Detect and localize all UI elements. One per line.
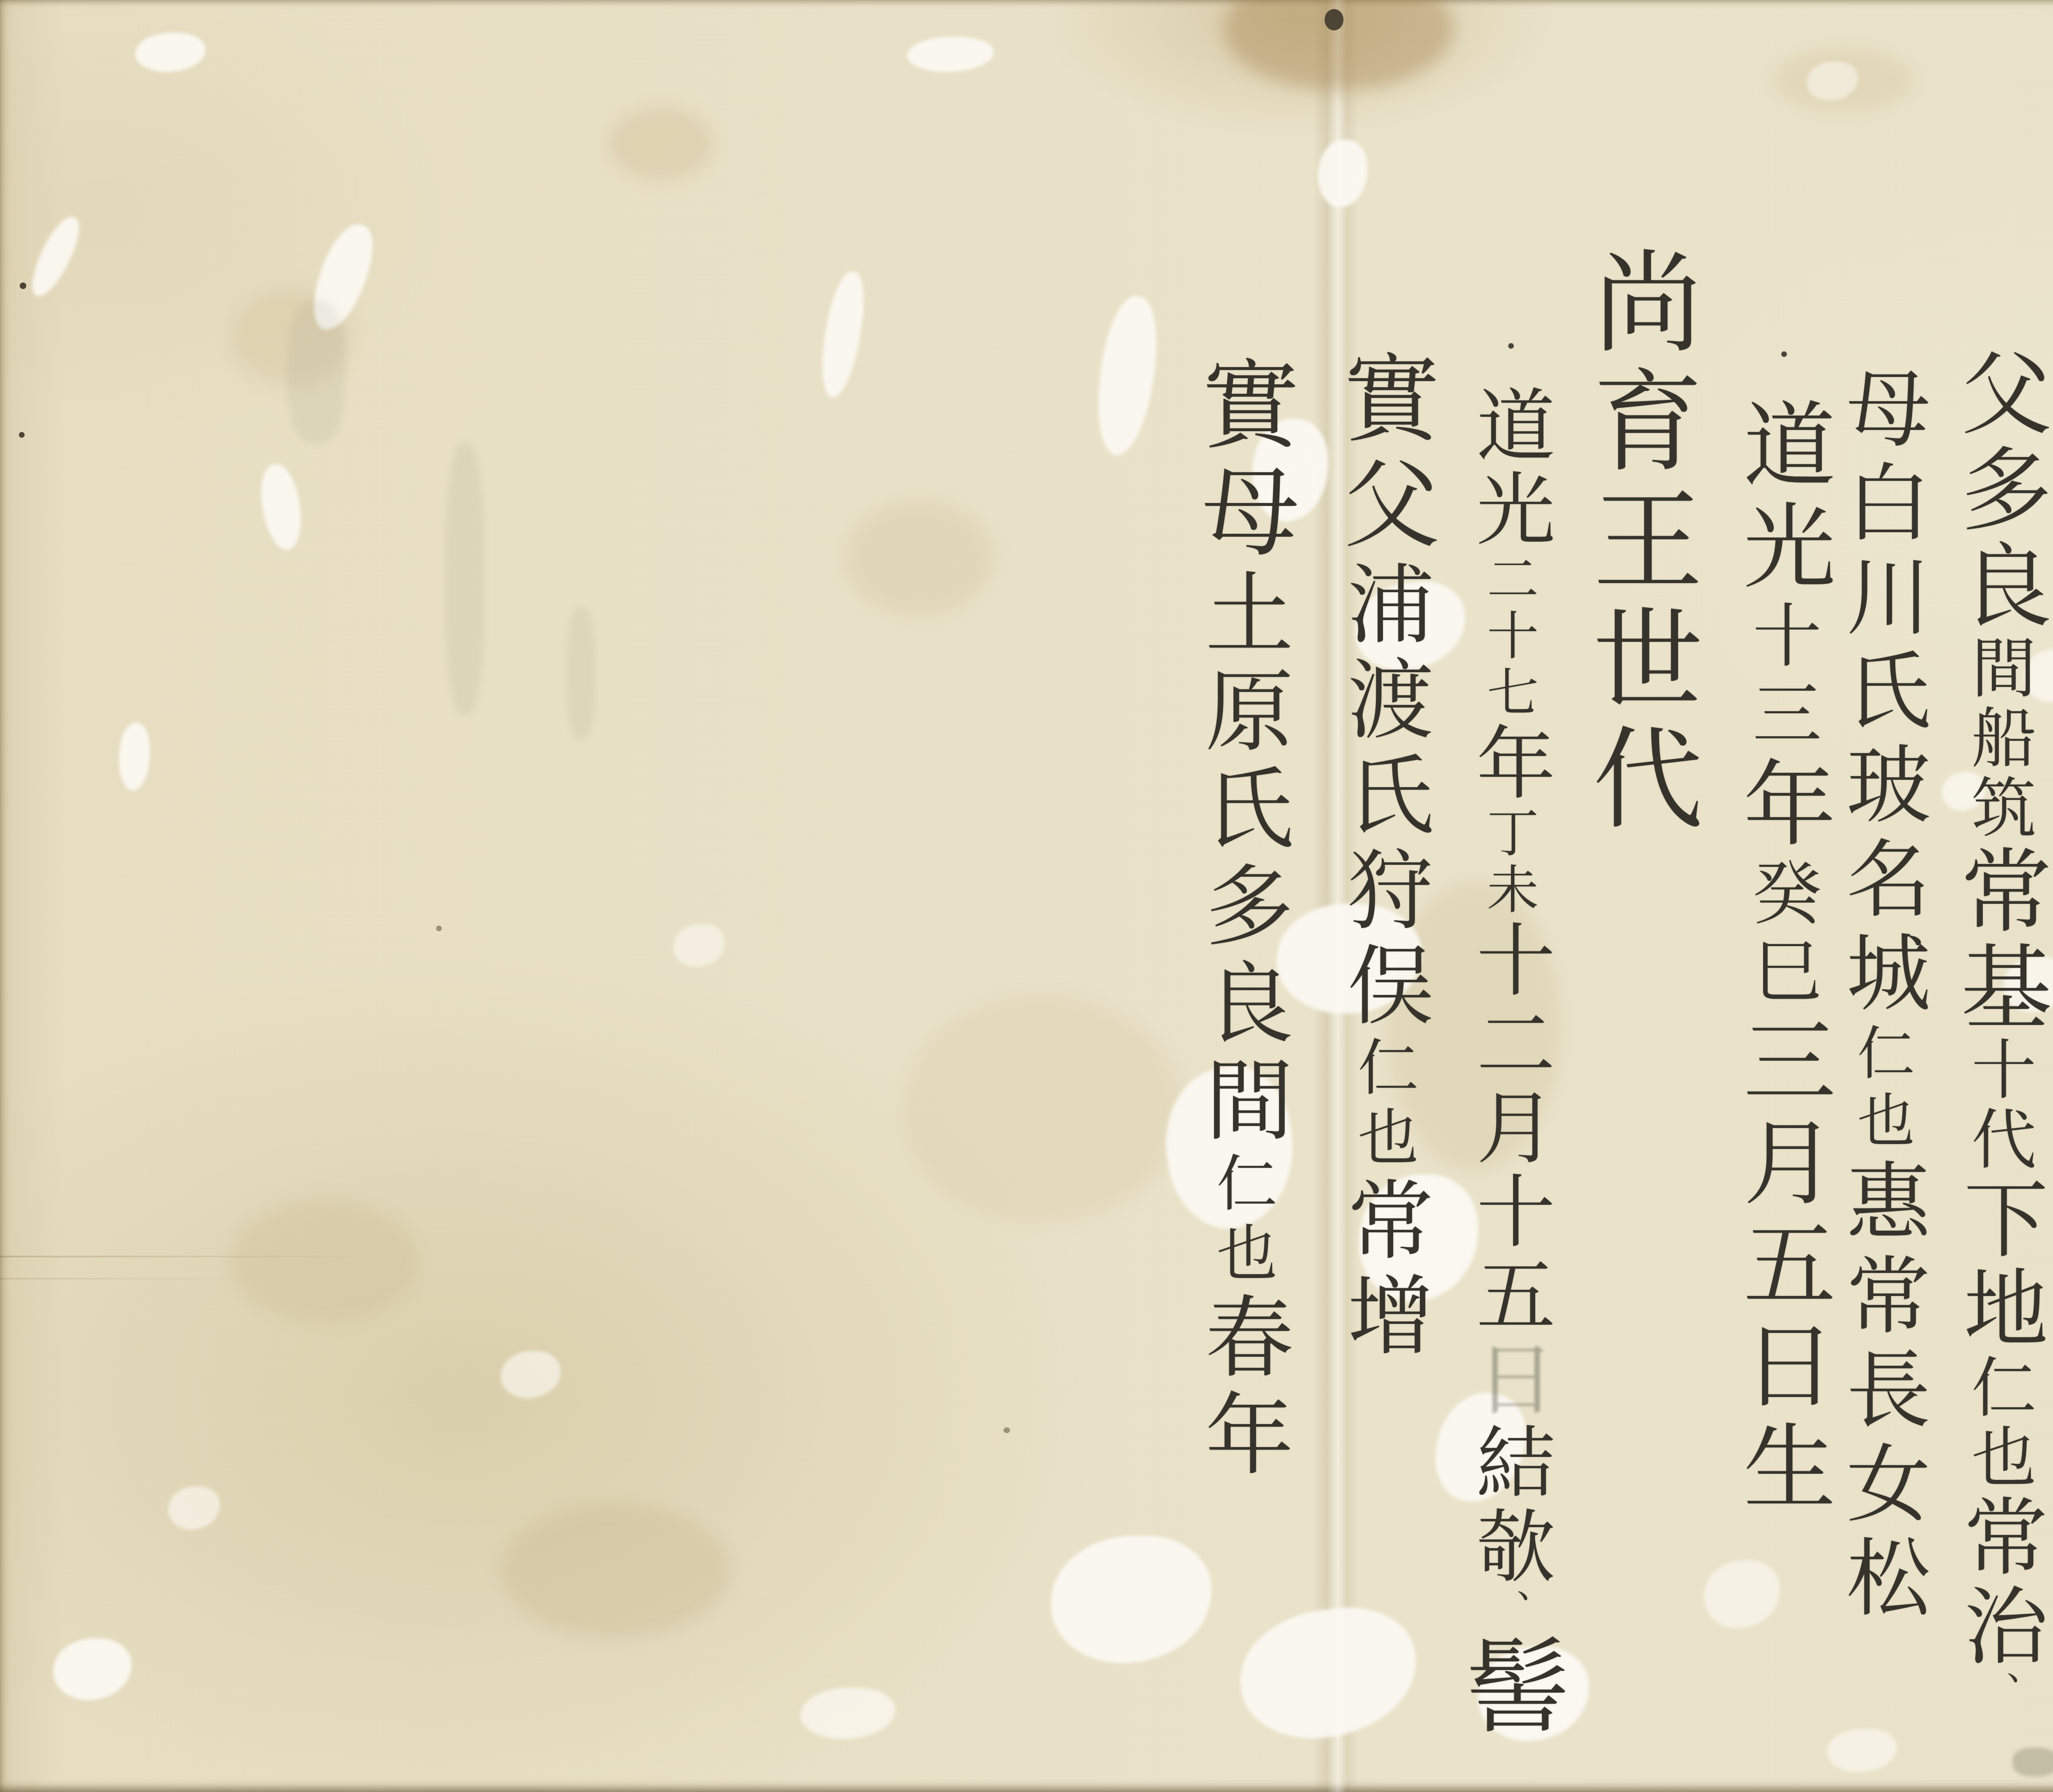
stain xyxy=(608,107,714,181)
column-4-segment-1: 母 xyxy=(1832,365,1930,459)
column-5-segment-4: 癸巳 xyxy=(1741,857,1822,1013)
column-9-segment-1: 實母 xyxy=(1185,354,1299,567)
column-9-segment-5: 春年 xyxy=(1191,1291,1294,1486)
damage-patch xyxy=(1318,140,1367,207)
speck xyxy=(19,432,25,438)
text-column-6: 尚育王世代 xyxy=(1583,245,1693,840)
column-4-segment-3: 玻名城 xyxy=(1832,741,1930,1023)
column-5-segment-1: 道光 xyxy=(1728,397,1835,600)
ghost-mark xyxy=(446,443,485,715)
column-9-segment-3: 多良間 xyxy=(1191,859,1294,1151)
text-column-5: ・道光十三年癸巳三月五日生 xyxy=(1735,339,1828,1520)
stain xyxy=(501,1503,731,1638)
damage-patch xyxy=(801,1688,895,1739)
stain xyxy=(846,501,994,616)
column-7-segment-4: 丁未 xyxy=(1479,806,1539,919)
entry-marker-dot: ・ xyxy=(1764,339,1799,378)
damage-patch xyxy=(501,1351,560,1398)
speck xyxy=(20,283,26,289)
manuscript-scan: 126 ・常治狩俣仁也 ・童名蒲戸 父多良間船筑常基十代下地仁也常治、 母白川氏… xyxy=(0,0,2053,1792)
column-7-segment-3: 年 xyxy=(1463,722,1555,806)
crease-line xyxy=(0,1278,263,1280)
damage-patch xyxy=(1092,293,1162,458)
stain xyxy=(230,1199,419,1322)
damage-patch xyxy=(907,37,994,72)
column-3-segment-6: 仁也 xyxy=(1961,1353,2036,1493)
column-9-segment-2: 土原氏 xyxy=(1191,567,1294,859)
damage-patch xyxy=(254,461,308,553)
column-4-segment-2: 白川氏 xyxy=(1832,459,1930,741)
damage-patch xyxy=(53,1638,131,1700)
column-7-segment-9: 髻 xyxy=(1449,1632,1569,1740)
speck xyxy=(1004,1427,1010,1433)
entry-marker-dot: ・ xyxy=(1491,331,1526,365)
column-8-segment-5: 常增 xyxy=(1333,1175,1434,1366)
column-3-segment-1: 父多良 xyxy=(1945,346,2051,634)
column-3-segment-5: 下地 xyxy=(1950,1175,2047,1353)
column-8-segment-1: 實父 xyxy=(1327,348,1440,559)
ghost-mark xyxy=(287,300,345,443)
column-4-segment-4: 仁也 xyxy=(1848,1023,1915,1158)
column-8-segment-4: 仁也 xyxy=(1348,1036,1419,1175)
damage-patch xyxy=(25,211,86,302)
damage-patch xyxy=(817,269,869,400)
text-column-3: 父多良間船筑常基十代下地仁也常治、 xyxy=(1953,346,2044,1714)
column-5-segment-5: 三月五日生 xyxy=(1728,1013,1835,1520)
damage-patch xyxy=(168,1486,220,1530)
column-5-segment-2: 十三 xyxy=(1741,600,1822,756)
column-7-segment-5: 十二月十五 xyxy=(1463,919,1555,1338)
column-7-comma: 、 xyxy=(1487,1589,1531,1632)
column-9-segment-4: 仁也 xyxy=(1207,1151,1277,1291)
column-3-segment-3: 常基 xyxy=(1945,843,2051,1036)
column-6-segment-1: 尚育王世代 xyxy=(1574,245,1702,840)
text-column-7: ・道光二十七年丁未十二月十五日結欹、髻 xyxy=(1457,331,1560,1740)
text-column-8: 實父浦渡氏狩俣仁也常增 xyxy=(1335,348,1432,1366)
column-7-segment-1: 道光 xyxy=(1463,384,1555,552)
column-8-segment-2: 浦渡氏 xyxy=(1333,559,1434,845)
column-7-segment-2: 二十七 xyxy=(1479,552,1539,722)
stain-spot xyxy=(1325,9,1343,30)
damage-patch xyxy=(1051,1536,1211,1663)
damage-patch xyxy=(119,723,150,790)
column-8-segment-3: 狩俣 xyxy=(1333,845,1434,1036)
paper-page: 126 ・常治狩俣仁也 ・童名蒲戸 父多良間船筑常基十代下地仁也常治、 母白川氏… xyxy=(0,0,2053,1792)
damage-patch xyxy=(1704,1560,1780,1628)
text-column-4: 母白川氏玻名城仁也惠常長女松 xyxy=(1839,365,1923,1628)
damage-patch xyxy=(135,33,205,72)
column-7-segment-7: 結欹 xyxy=(1463,1422,1555,1589)
speck xyxy=(436,926,442,931)
text-column-9: 實母土原氏多良間仁也春年 xyxy=(1193,354,1291,1486)
column-4-segment-5: 惠常長女松 xyxy=(1832,1158,1930,1628)
ghost-mark xyxy=(567,608,595,739)
column-3-comma: 、 xyxy=(1977,1671,2021,1714)
column-5-segment-3: 年 xyxy=(1728,756,1835,857)
column-3-segment-4: 十代 xyxy=(1961,1036,2036,1175)
stain xyxy=(903,994,1183,1224)
column-3-segment-2: 間船筑 xyxy=(1961,634,2036,843)
damage-patch xyxy=(673,924,725,967)
damage-patch xyxy=(1234,1601,1423,1746)
column-7-segment-6-damaged: 日 xyxy=(1463,1338,1555,1422)
corner-smudge xyxy=(2013,1748,2053,1776)
column-3-segment-7: 常治 xyxy=(1950,1493,2047,1671)
damage-patch xyxy=(1827,1729,1897,1772)
